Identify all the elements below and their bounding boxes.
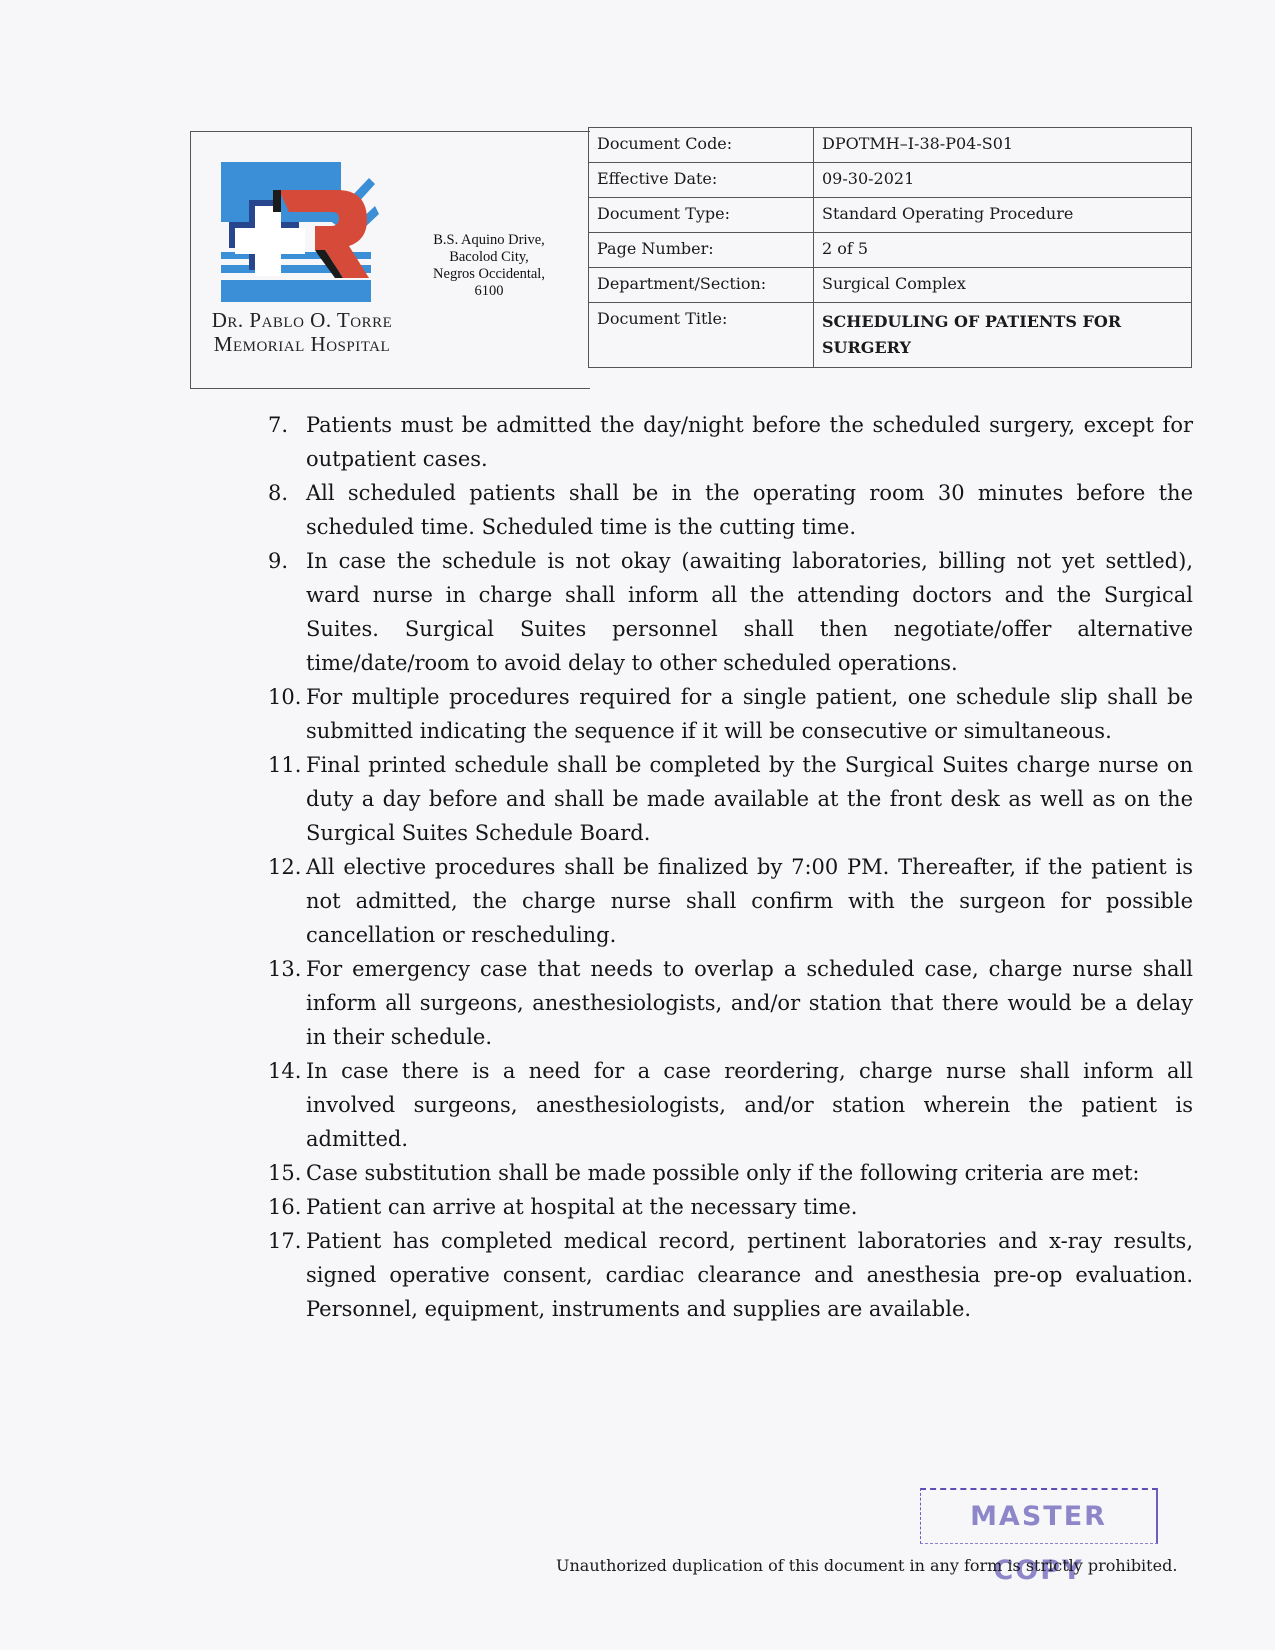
hospital-logo-icon [219, 160, 379, 310]
document-header: Dr. Pablo O. Torre Memorial Hospital B.S… [190, 131, 590, 389]
meta-label: Page Number: [589, 233, 814, 268]
meta-row: Page Number:2 of 5 [589, 233, 1192, 268]
document-meta-table: Document Code:DPOTMH–I-38-P04-S01Effecti… [588, 127, 1192, 368]
meta-label: Effective Date: [589, 163, 814, 198]
item-number: 15. [268, 1156, 301, 1190]
item-number: 9. [268, 544, 288, 578]
meta-value: SCHEDULING OF PATIENTS FOR SURGERY [814, 303, 1192, 368]
address-line: Bacolod City, [419, 249, 559, 266]
item-text: Patient can arrive at hospital at the ne… [306, 1195, 857, 1219]
meta-label: Document Code: [589, 128, 814, 163]
meta-value: Surgical Complex [814, 268, 1192, 303]
item-number: 14. [268, 1054, 301, 1088]
meta-row: Document Title:SCHEDULING OF PATIENTS FO… [589, 303, 1192, 368]
list-item: 11.Final printed schedule shall be compl… [268, 748, 1193, 850]
item-text: All elective procedures shall be finaliz… [306, 855, 1193, 947]
item-number: 16. [268, 1190, 301, 1224]
item-text: Patients must be admitted the day/night … [306, 413, 1193, 471]
meta-label: Department/Section: [589, 268, 814, 303]
address-line: B.S. Aquino Drive, [419, 232, 559, 249]
list-item: 8.All scheduled patients shall be in the… [268, 476, 1193, 544]
list-item: 13.For emergency case that needs to over… [268, 952, 1193, 1054]
list-item: 10.For multiple procedures required for … [268, 680, 1193, 748]
list-item: 15.Case substitution shall be made possi… [268, 1156, 1193, 1190]
item-text: Final printed schedule shall be complete… [306, 753, 1193, 845]
address-line: Negros Occidental, [419, 266, 559, 283]
list-item: 7.Patients must be admitted the day/nigh… [268, 408, 1193, 476]
item-number: 12. [268, 850, 301, 884]
item-text: In case there is a need for a case reord… [306, 1059, 1193, 1151]
item-number: 10. [268, 680, 301, 714]
procedure-list: 7.Patients must be admitted the day/nigh… [268, 408, 1193, 1326]
meta-value: Standard Operating Procedure [814, 198, 1192, 233]
item-number: 7. [268, 408, 288, 442]
item-text: For multiple procedures required for a s… [306, 685, 1193, 743]
list-item: 12.All elective procedures shall be fina… [268, 850, 1193, 952]
footer-notice: Unauthorized duplication of this documen… [556, 1556, 1177, 1575]
hospital-name-line1: Dr. Pablo O. Torre [197, 308, 407, 332]
list-item: 14.In case there is a need for a case re… [268, 1054, 1193, 1156]
item-text: Patient has completed medical record, pe… [306, 1229, 1193, 1321]
list-item: 17.Patient has completed medical record,… [268, 1224, 1193, 1326]
item-text: All scheduled patients shall be in the o… [306, 481, 1193, 539]
hospital-address: B.S. Aquino Drive, Bacolod City, Negros … [419, 232, 559, 300]
item-number: 8. [268, 476, 288, 510]
hospital-name-line2: Memorial Hospital [197, 332, 407, 356]
meta-value: 2 of 5 [814, 233, 1192, 268]
item-text: Case substitution shall be made possible… [306, 1161, 1140, 1185]
list-item: 16.Patient can arrive at hospital at the… [268, 1190, 1193, 1224]
meta-row: Effective Date:09-30-2021 [589, 163, 1192, 198]
item-text: For emergency case that needs to overlap… [306, 957, 1193, 1049]
item-text: In case the schedule is not okay (awaiti… [306, 549, 1193, 675]
master-copy-stamp: MASTER COPY [920, 1488, 1158, 1544]
meta-label: Document Title: [589, 303, 814, 368]
item-number: 11. [268, 748, 301, 782]
meta-label: Document Type: [589, 198, 814, 233]
meta-value: 09-30-2021 [814, 163, 1192, 198]
meta-row: Document Code:DPOTMH–I-38-P04-S01 [589, 128, 1192, 163]
meta-value: DPOTMH–I-38-P04-S01 [814, 128, 1192, 163]
item-number: 13. [268, 952, 301, 986]
meta-row: Document Type:Standard Operating Procedu… [589, 198, 1192, 233]
list-item: 9.In case the schedule is not okay (awai… [268, 544, 1193, 680]
meta-row: Department/Section:Surgical Complex [589, 268, 1192, 303]
hospital-name: Dr. Pablo O. Torre Memorial Hospital [197, 308, 407, 356]
address-line: 6100 [419, 283, 559, 300]
item-number: 17. [268, 1224, 301, 1258]
